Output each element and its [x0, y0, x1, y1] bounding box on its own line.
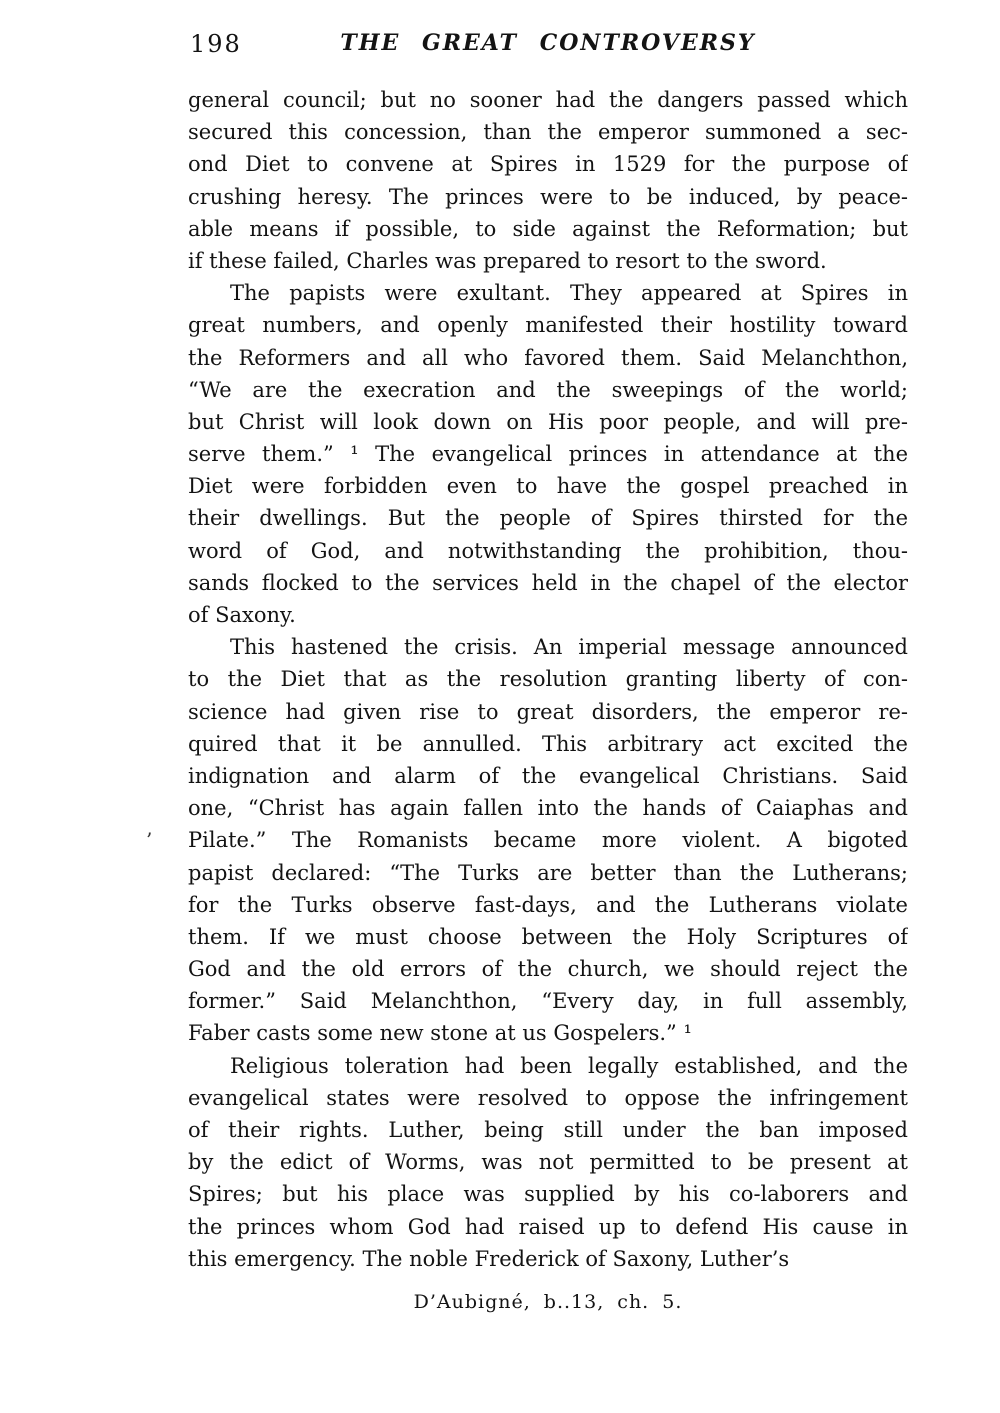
text-line: secured this concession, than the empero…: [188, 116, 908, 148]
text-line: by the edict of Worms, was not permitted…: [188, 1146, 908, 1178]
paragraph: This hastened the crisis. An imperial me…: [188, 631, 908, 1049]
text-line: this emergency. The noble Frederick of S…: [188, 1243, 908, 1275]
text-line: Religious toleration had been legally es…: [188, 1050, 908, 1082]
text-line: God and the old errors of the church, we…: [188, 953, 908, 985]
text-line: Faber casts some new stone at us Gospele…: [188, 1017, 908, 1049]
scan-artifact-mark: ’: [146, 828, 152, 852]
text-line: crushing heresy. The princes were to be …: [188, 181, 908, 213]
page: 198 THE GREAT CONTROVERSY general counci…: [188, 28, 908, 1313]
text-line: if these failed, Charles was prepared to…: [188, 245, 908, 277]
footnote-citation: D’Aubigné, b..13, ch. 5.: [188, 1291, 908, 1313]
running-title: THE GREAT CONTROVERSY: [340, 30, 755, 56]
text-line: great numbers, and openly manifested the…: [188, 309, 908, 341]
text-line: indignation and alarm of the evangelical…: [188, 760, 908, 792]
text-line: sands flocked to the services held in th…: [188, 567, 908, 599]
text-line: general council; but no sooner had the d…: [188, 84, 908, 116]
text-line: them. If we must choose between the Holy…: [188, 921, 908, 953]
text-line: but Christ will look down on His poor pe…: [188, 406, 908, 438]
text-line: evangelical states were resolved to oppo…: [188, 1082, 908, 1114]
body-text: general council; but no sooner had the d…: [188, 84, 908, 1275]
text-line: former.” Said Melanchthon, “Every day, i…: [188, 985, 908, 1017]
text-line: their dwellings. But the people of Spire…: [188, 502, 908, 534]
text-line: of Saxony.: [188, 599, 908, 631]
paragraph: Religious toleration had been legally es…: [188, 1050, 908, 1275]
text-line: one, “Christ has again fallen into the h…: [188, 792, 908, 824]
text-line: of their rights. Luther, being still und…: [188, 1114, 908, 1146]
text-line: This hastened the crisis. An imperial me…: [188, 631, 908, 663]
text-line: science had given rise to great disorder…: [188, 696, 908, 728]
text-line: Pilate.” The Romanists became more viole…: [188, 824, 908, 856]
text-line: to the Diet that as the resolution grant…: [188, 663, 908, 695]
text-line: the princes whom God had raised up to de…: [188, 1211, 908, 1243]
page-number: 198: [190, 30, 242, 58]
text-line: for the Turks observe fast-days, and the…: [188, 889, 908, 921]
text-line: able means if possible, to side against …: [188, 213, 908, 245]
page-header: 198 THE GREAT CONTROVERSY: [188, 28, 908, 60]
text-line: Diet were forbidden even to have the gos…: [188, 470, 908, 502]
paragraph: The papists were exultant. They appeared…: [188, 277, 908, 631]
text-line: word of God, and notwithstanding the pro…: [188, 535, 908, 567]
text-line: serve them.” ¹ The evangelical princes i…: [188, 438, 908, 470]
text-line: papist declared: “The Turks are better t…: [188, 857, 908, 889]
text-line: The papists were exultant. They appeared…: [188, 277, 908, 309]
text-line: ond Diet to convene at Spires in 1529 fo…: [188, 148, 908, 180]
text-line: the Reformers and all who favored them. …: [188, 342, 908, 374]
text-line: quired that it be annulled. This arbitra…: [188, 728, 908, 760]
text-line: “We are the execration and the sweepings…: [188, 374, 908, 406]
paragraph: general council; but no sooner had the d…: [188, 84, 908, 277]
text-line: Spires; but his place was supplied by hi…: [188, 1178, 908, 1210]
